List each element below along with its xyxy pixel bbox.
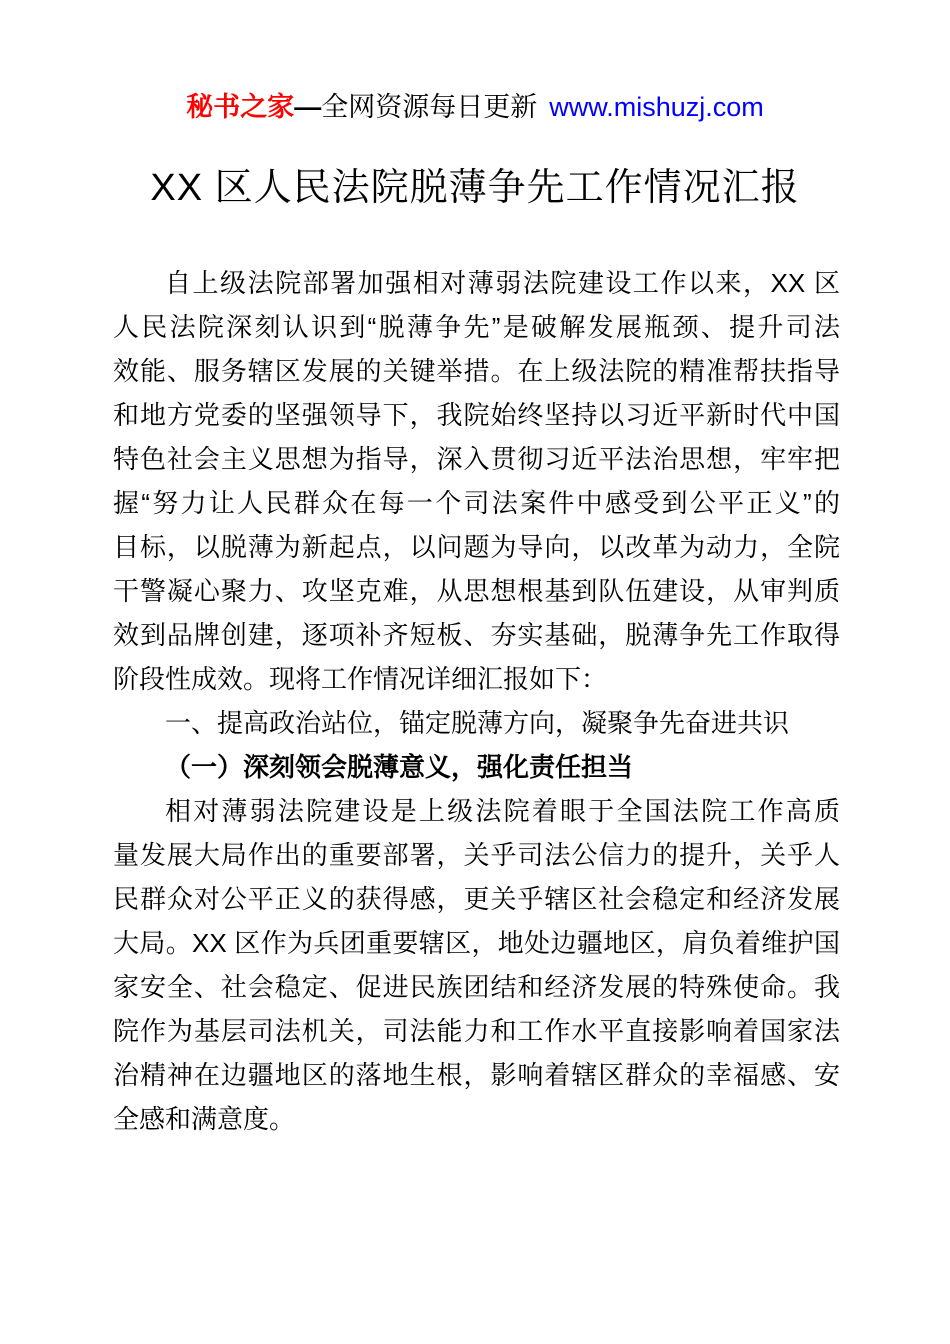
paragraph-line: 效到品牌创建，逐项补齐短板、夯实基础，脱薄争先工作取得	[113, 613, 840, 657]
paragraph-line: 大局。XX 区作为兵团重要辖区，地处边疆地区，肩负着维护国	[113, 921, 840, 965]
paragraph-line: 院作为基层司法机关，司法能力和工作水平直接影响着国家法	[113, 1009, 840, 1053]
paragraph-line: 目标，以脱薄为新起点，以问题为导向，以改革为动力，全院	[113, 525, 840, 569]
paragraph-line: 干警凝心聚力、攻坚克难，从思想根基到队伍建设，从审判质	[113, 569, 840, 613]
document-body: 自上级法院部署加强相对薄弱法院建设工作以来，XX 区人民法院深刻认识到“脱薄争先…	[113, 261, 840, 1141]
paragraph-line: 和地方党委的坚强领导下，我院始终坚持以习近平新时代中国	[113, 393, 840, 437]
paragraph-line: 全感和满意度。	[113, 1097, 840, 1141]
paragraph-line: 效能、服务辖区发展的关键举措。在上级法院的精准帮扶指导	[113, 349, 840, 393]
paragraph-line: 阶段性成效。现将工作情况详细汇报如下：	[113, 657, 840, 701]
paragraph-line: 自上级法院部署加强相对薄弱法院建设工作以来，XX 区	[113, 261, 840, 305]
header-dash: —	[294, 92, 321, 122]
paragraph-line: 治精神在边疆地区的落地生根，影响着辖区群众的幸福感、安	[113, 1053, 840, 1097]
heading2-line: （一）深刻领会脱薄意义，强化责任担当	[113, 745, 840, 789]
site-header: 秘书之家—全网资源每日更新www.mishuzj.com	[0, 88, 950, 126]
site-brand: 秘书之家	[186, 92, 294, 122]
paragraph-line: 相对薄弱法院建设是上级法院着眼于全国法院工作高质	[113, 789, 840, 833]
paragraph-line: 家安全、社会稳定、促进民族团结和经济发展的特殊使命。我	[113, 965, 840, 1009]
paragraph-line: 握“努力让人民群众在每一个司法案件中感受到公平正义”的	[113, 481, 840, 525]
paragraph-line: 特色社会主义思想为指导，深入贯彻习近平法治思想，牢牢把	[113, 437, 840, 481]
heading1-line: 一、提高政治站位，锚定脱薄方向，凝聚争先奋进共识	[113, 701, 840, 745]
header-tagline: 全网资源每日更新	[321, 92, 537, 122]
paragraph-line: 量发展大局作出的重要部署，关乎司法公信力的提升，关乎人	[113, 833, 840, 877]
document-page: 秘书之家—全网资源每日更新www.mishuzj.com XX 区人民法院脱薄争…	[0, 0, 950, 1344]
paragraph-line: 民群众对公平正义的获得感，更关乎辖区社会稳定和经济发展	[113, 877, 840, 921]
paragraph-line: 人民法院深刻认识到“脱薄争先”是破解发展瓶颈、提升司法	[113, 305, 840, 349]
site-url-link[interactable]: www.mishuzj.com	[549, 92, 764, 122]
document-title: XX 区人民法院脱薄争先工作情况汇报	[0, 160, 950, 216]
